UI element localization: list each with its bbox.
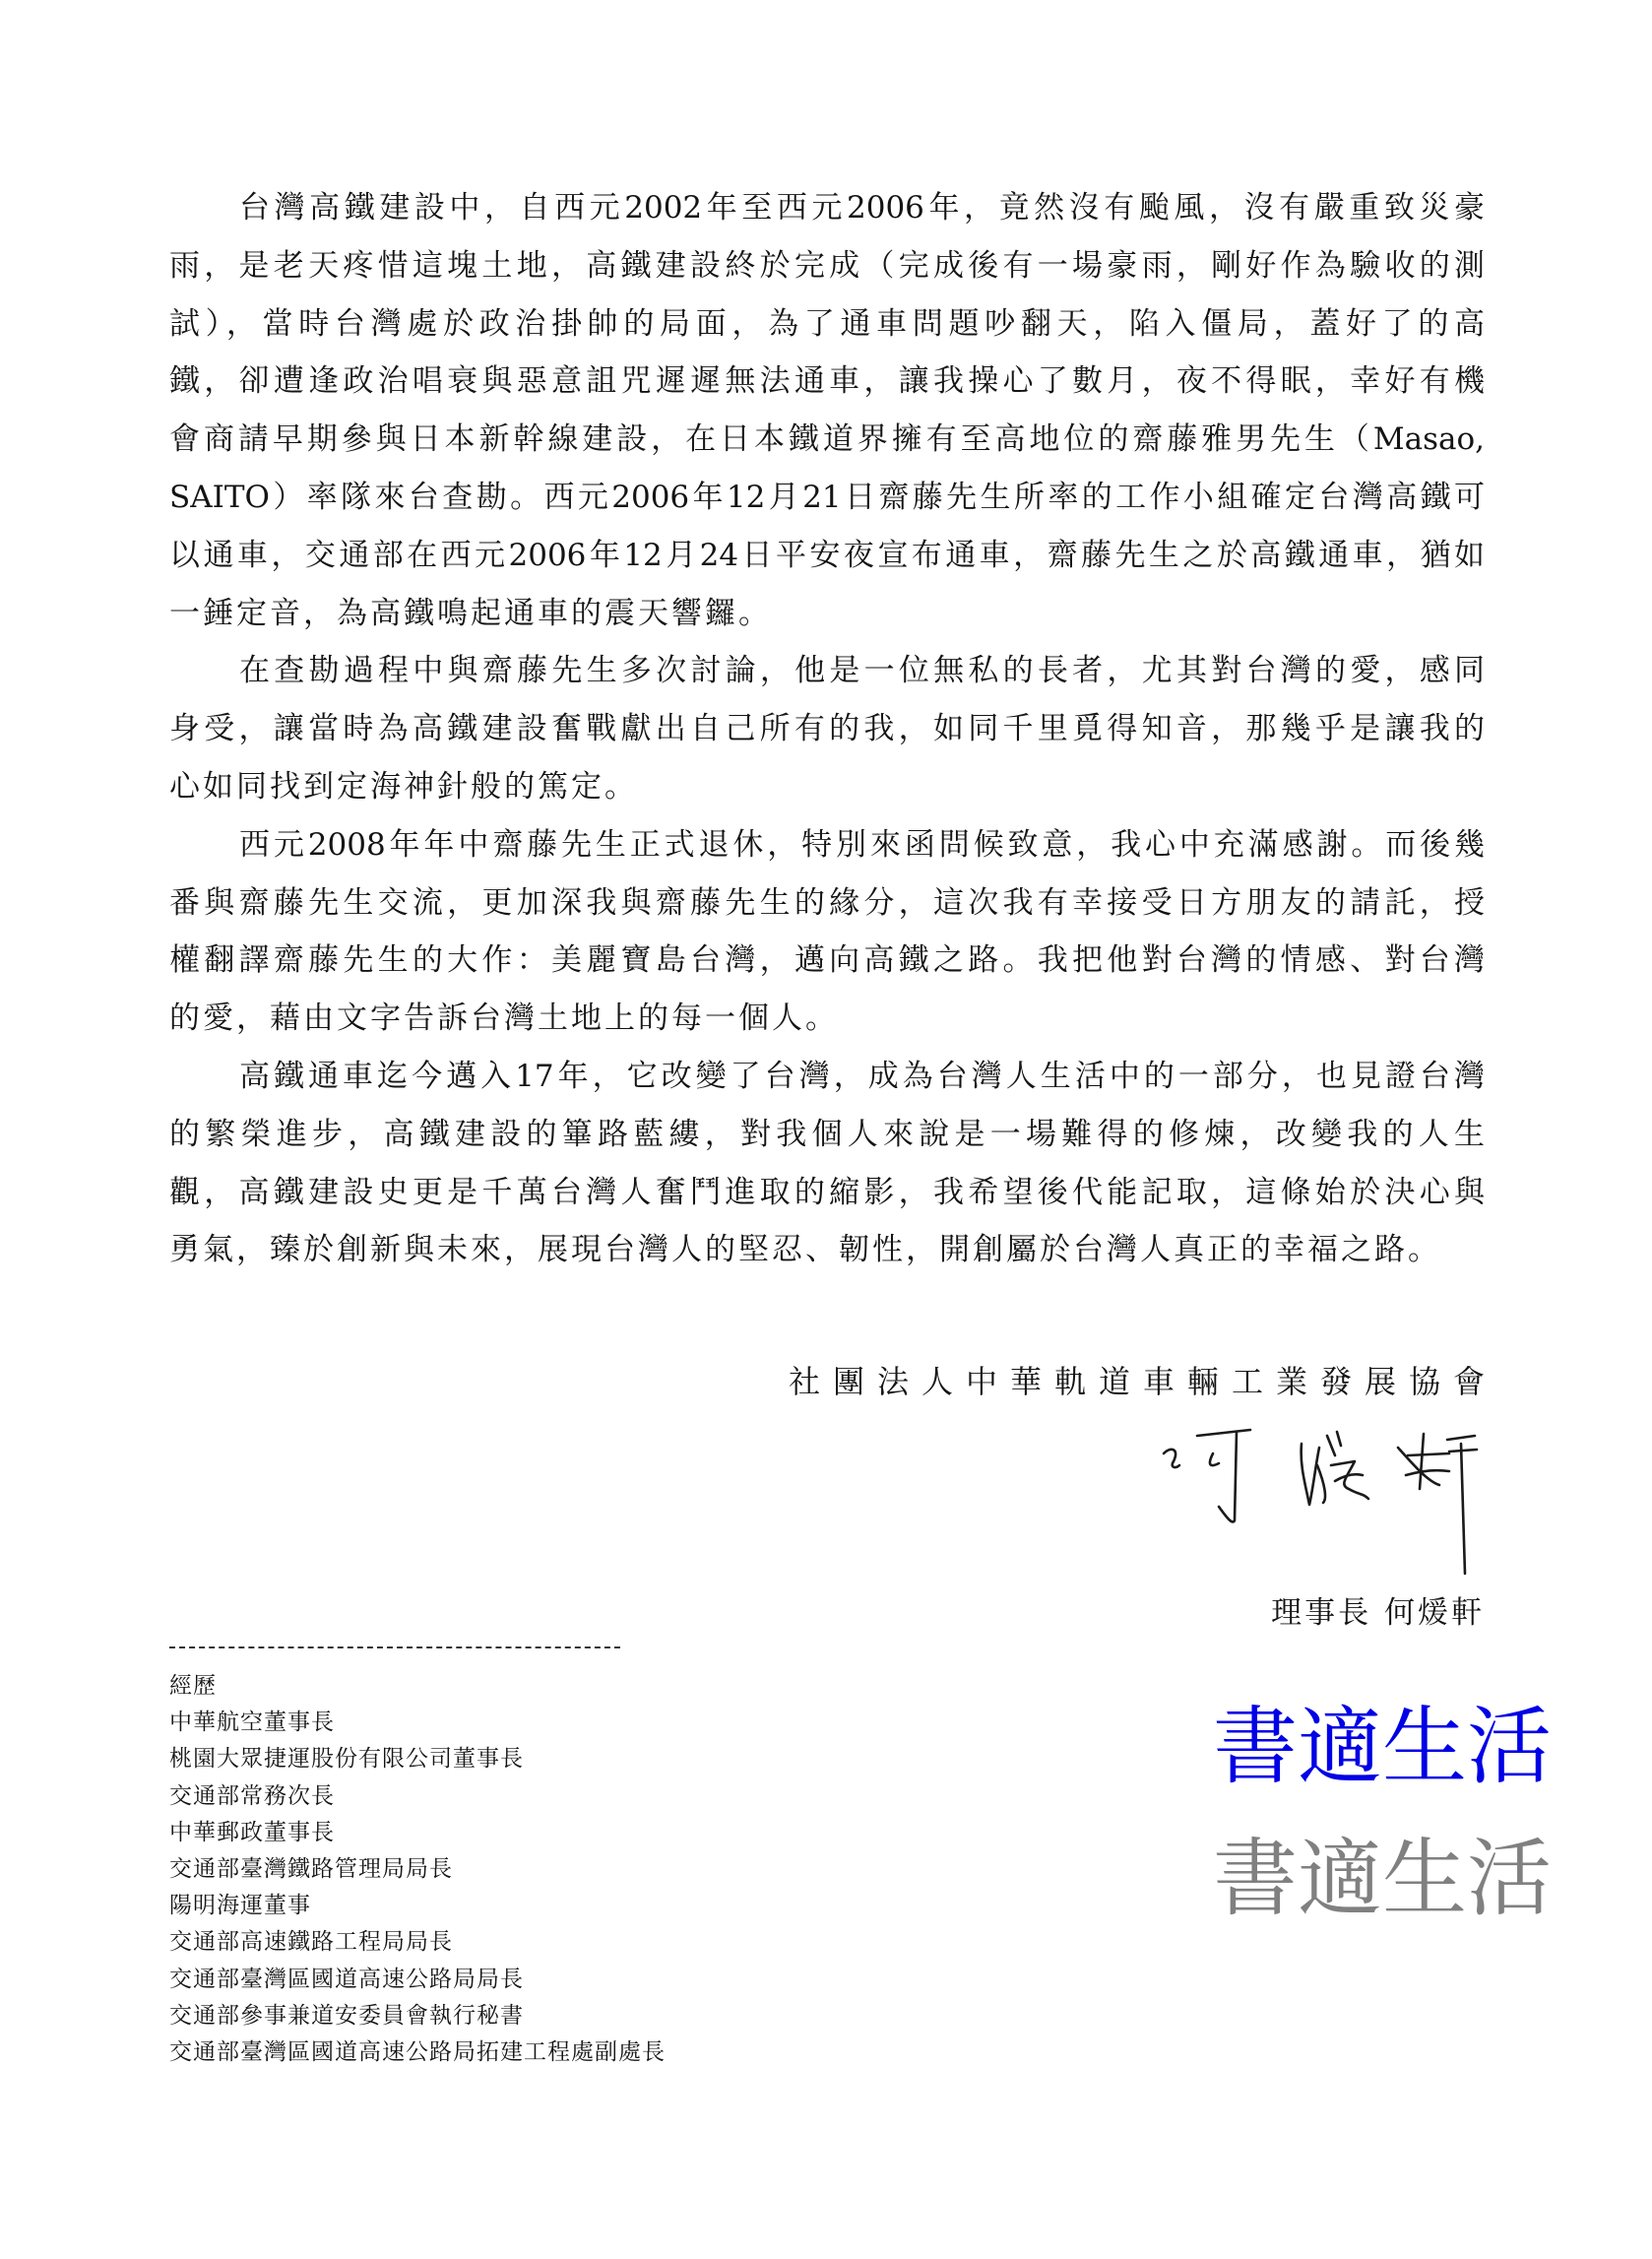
resume-item: 陽明海運董事: [169, 1888, 666, 1924]
text-line: 權翻譯齋藤先生的大作：美麗寶島台灣，邁向高鐵之路。我把他對台灣的情感、對台灣: [169, 932, 1485, 990]
resume-item: 交通部臺灣鐵路管理局局長: [169, 1851, 666, 1888]
handwritten-signature-icon: [1162, 1426, 1516, 1583]
text-line: 會商請早期參與日本新幹線建設，在日本鐵道界擁有至高地位的齋藤雅男先生（Masao…: [169, 411, 1485, 469]
resume-item: 交通部高速鐵路工程局局長: [169, 1924, 666, 1961]
text-line: SAITO）率隊來台查勘。西元2006年12月21日齋藤先生所率的工作小組確定台…: [169, 469, 1485, 527]
organization-name: 社團法人中華軌道車輛工業發展協會: [789, 1357, 1497, 1402]
text-line: 勇氣，臻於創新與未來，展現台灣人的堅忍、韌性，開創屬於台灣人真正的幸福之路。: [169, 1221, 1485, 1279]
resume-item: 中華郵政董事長: [169, 1815, 666, 1851]
text-line: 在查勘過程中與齋藤先生多次討論，他是一位無私的長者，尤其對台灣的愛，感同: [169, 642, 1485, 700]
resume-list: 經歷 中華航空董事長 桃園大眾捷運股份有限公司董事長 交通部常務次長 中華郵政董…: [169, 1668, 666, 2071]
resume-heading: 經歷: [169, 1668, 666, 1705]
text-line: 身受，讓當時為高鐵建設奮戰獻出自己所有的我，如同千里覓得知音，那幾乎是讓我的: [169, 700, 1485, 758]
text-line: 試），當時台灣處於政治掛帥的局面，為了通車問題吵翻天，陷入僵局，蓋好了的高: [169, 295, 1485, 354]
paragraph: 高鐵通車迄今邁入17年，它改變了台灣，成為台灣人生活中的一部分，也見證台灣 的繁…: [169, 1048, 1485, 1279]
text-line: 心如同找到定海神針般的篤定。: [169, 758, 1485, 816]
text-line: 高鐵通車迄今邁入17年，它改變了台灣，成為台灣人生活中的一部分，也見證台灣: [169, 1048, 1485, 1106]
paragraph: 西元2008年年中齋藤先生正式退休，特別來函問候致意，我心中充滿感謝。而後幾 番…: [169, 816, 1485, 1048]
text-line: 觀，高鐵建設史更是千萬台灣人奮鬥進取的縮影，我希望後代能記取，這條始於決心與: [169, 1164, 1485, 1222]
letter-body: 台灣高鐵建設中，自西元2002年至西元2006年，竟然沒有颱風，沒有嚴重致災豪 …: [169, 179, 1485, 1279]
resume-item: 中華航空董事長: [169, 1705, 666, 1741]
signer-title: 理事長 何煖軒: [1271, 1587, 1485, 1632]
resume-item: 交通部常務次長: [169, 1778, 666, 1815]
resume-item: 交通部臺灣區國道高速公路局拓建工程處副處長: [169, 2034, 666, 2071]
paragraph: 在查勘過程中與齋藤先生多次討論，他是一位無私的長者，尤其對台灣的愛，感同 身受，…: [169, 642, 1485, 815]
watermark-secondary: 書適生活: [1213, 1830, 1567, 1928]
text-line: 鐵，卻遭逢政治唱衰與惡意詛咒遲遲無法通車，讓我操心了數月，夜不得眠，幸好有機: [169, 353, 1485, 411]
text-line: 番與齋藤先生交流，更加深我與齋藤先生的緣分，這次我有幸接受日方朋友的請託，授: [169, 874, 1485, 933]
resume-item: 交通部參事兼道安委員會執行秘書: [169, 1998, 666, 2034]
watermark-primary: 書適生活: [1213, 1698, 1567, 1796]
text-line: 雨，是老天疼惜這塊土地，高鐵建設終於完成（完成後有一場豪雨，剛好作為驗收的測: [169, 237, 1485, 295]
divider: [169, 1646, 620, 1648]
text-line: 以通車，交通部在西元2006年12月24日平安夜宣布通車，齋藤先生之於高鐵通車，…: [169, 527, 1485, 585]
text-line: 台灣高鐵建設中，自西元2002年至西元2006年，竟然沒有颱風，沒有嚴重致災豪: [169, 179, 1485, 237]
resume-item: 交通部臺灣區國道高速公路局局長: [169, 1962, 666, 1998]
text-line: 一錘定音，為高鐵鳴起通車的震天響鑼。: [169, 585, 1485, 643]
paragraph: 台灣高鐵建設中，自西元2002年至西元2006年，竟然沒有颱風，沒有嚴重致災豪 …: [169, 179, 1485, 642]
resume-item: 桃園大眾捷運股份有限公司董事長: [169, 1741, 666, 1777]
text-line: 的繁榮進步，高鐵建設的篳路藍縷，對我個人來說是一場難得的修煉，改變我的人生: [169, 1106, 1485, 1164]
document-page: 台灣高鐵建設中，自西元2002年至西元2006年，竟然沒有颱風，沒有嚴重致災豪 …: [0, 0, 1652, 2259]
text-line: 的愛，藉由文字告訴台灣土地上的每一個人。: [169, 990, 1485, 1048]
text-line: 西元2008年年中齋藤先生正式退休，特別來函問候致意，我心中充滿感謝。而後幾: [169, 816, 1485, 874]
